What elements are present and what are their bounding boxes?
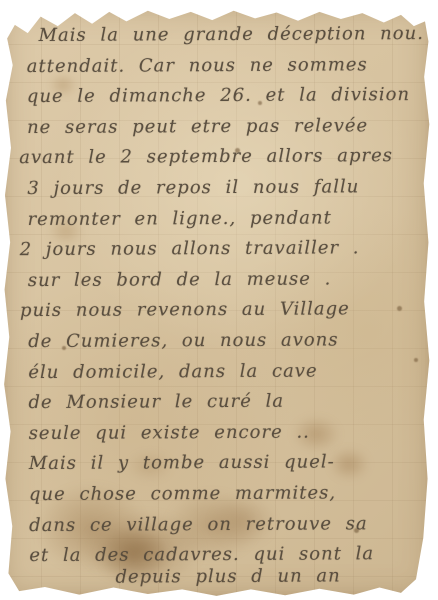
letter-line-11: de Cumieres, ou nous avons: [28, 325, 427, 358]
letter-line-16: que chose comme marmites,: [29, 478, 428, 511]
letter-line-3: que le dimanche 26. et la division: [27, 80, 426, 113]
letter-line-6: 3 jours de repos il nous fallu: [27, 172, 426, 205]
letter-line-5: avant le 2 septembre allors apres: [19, 141, 426, 174]
letter-line-2: attendait. Car nous ne sommes: [27, 50, 426, 83]
letter-line-7: remonter en ligne., pendant: [27, 203, 426, 236]
letter-line-15: Mais il y tombe aussi quel-: [29, 447, 428, 480]
letter-line-4: ne seras peut etre pas relevée: [27, 111, 426, 144]
letter-line-10: puis nous revenons au Village: [20, 294, 427, 327]
letter-line-19: depuis plus d un an: [115, 561, 428, 593]
letter-line-12: élu domicile, dans la cave: [28, 355, 427, 388]
scan-background: Mais la une grande déception nou. attend…: [0, 0, 438, 600]
letter-paper: Mais la une grande déception nou. attend…: [2, 6, 431, 597]
letter-line-8: 2 jours nous allons travailler .: [20, 233, 427, 266]
letter-line-9: sur les bord de la meuse .: [28, 264, 427, 297]
letter-line-14: seule qui existe encore ..: [29, 417, 428, 450]
letter-line-13: de Monsieur le curé la: [28, 386, 427, 419]
letter-text: Mais la une grande déception nou. attend…: [27, 19, 429, 593]
letter-line-17: dans ce village on retrouve sa: [29, 508, 428, 541]
letter-line-1: Mais la une grande déception nou.: [39, 19, 426, 52]
